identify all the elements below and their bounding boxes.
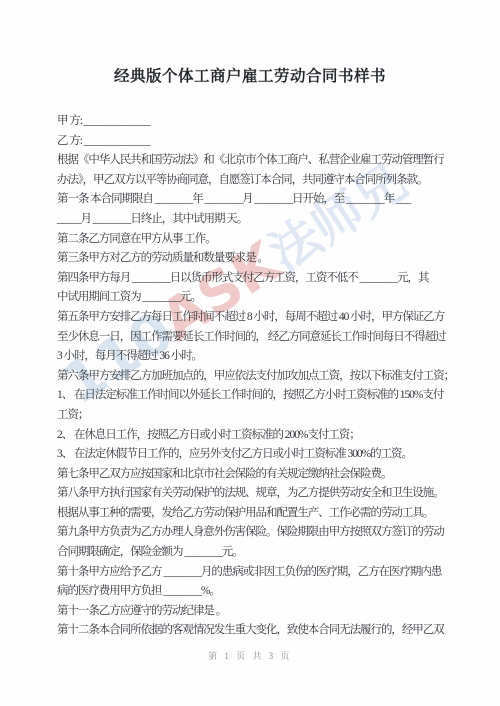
clause-1-line: 第一条 本合同期限自 ________年 ________月 ________日… [57, 190, 453, 210]
clause-2-line: 第二条乙方同意在甲方从事 工作。 [57, 230, 453, 250]
clause-6-item-2-line: 2、 在休息日工作，按照乙方日或小时工资标准的 200%支付工资； [57, 426, 453, 446]
clause-10-line: 第十条甲方应给予乙方 ________月的患病或非因工负伤的医疗期，乙方在医疗期… [57, 563, 453, 583]
page-number: 第 1 页 共 3 页 [0, 649, 500, 662]
clause-12-line: 第十二条本合同所依据的客观情况发生重大变化，致使本合同无法履行的，经甲乙双 [57, 621, 453, 641]
clause-10-line: 病的医疗费用甲方负担 ________%。 [57, 582, 453, 602]
clause-9-line: 合同期限确定，保险金额为 ________元。 [57, 543, 453, 563]
clause-4-line: 第四条甲方每月 ________日以货币形式支付乙方工资，工资不低不 _____… [57, 269, 453, 289]
clause-5-line: 3 小时，每月不得超过 36 小时。 [57, 347, 453, 367]
contract-body: 甲 方: ______________ 乙 方: ______________ … [57, 112, 453, 641]
clause-5-line: 至少休息一日，因工作需要延长工作时间的， 经乙方同意延长工作时间每日不得超过 [57, 328, 453, 348]
clause-5-line: 第五条甲方安排乙方每日工作时间不超过 8 小时，每周不超过 40 小时，甲方保证… [57, 308, 453, 328]
clause-8-line: 第八条甲方执行国家有关劳动保护的法规、规章，为乙方提供劳动安全和卫生设施。 [57, 484, 453, 504]
party-a-line: 甲 方: ______________ [57, 112, 453, 132]
clause-8-line: 根据从事工种的需要，发给乙方劳动保护用品和配置生产、工作必需的劳动工具。 [57, 504, 453, 524]
clause-6-item-1-line: 1、 在日法定标准工作时间以外延长工作时间的，按照乙方小时工资标准的 150%支… [57, 386, 453, 406]
clause-1-line: _____月 ________日终止，其中试用期 天。 [57, 210, 453, 230]
clause-11-line: 第十一条乙方应遵守的劳动纪律是 。 [57, 602, 453, 622]
clause-6-line: 第六条甲方安排乙方加班加点的，甲应依法支付加攻加点工资，按以下标准支付工资； [57, 367, 453, 387]
contract-document-page: 110ASK法师兄 经典版个体工商户雇工劳动合同书样书 甲 方: _______… [0, 0, 500, 706]
preamble-line: 根据《中华人民共和国劳动法》和《北京市个体工商户、私营企业雇工劳动管理暂行 [57, 151, 453, 171]
party-b-line: 乙 方: ______________ [57, 132, 453, 152]
clause-7-line: 第七条甲乙双方应按国家和北京市社会保险的有关规定缴纳社会保险费。 [57, 465, 453, 485]
clause-9-line: 第九条甲方负责为乙方办理人身意外伤害保险。保险期限由甲方按照双方签订的劳动 [57, 523, 453, 543]
clause-4-line: 中试用期间工资为 ________元。 [57, 288, 453, 308]
document-title: 经典版个体工商户雇工劳动合同书样书 [0, 64, 500, 86]
clause-3-line: 第三条甲方对乙方的劳动质量和数量要求是 。 [57, 249, 453, 269]
clause-6-item-1-line: 工资； [57, 406, 453, 426]
preamble-line: 办法》，甲乙双方以平等协商同意，自愿签订本合同，共同遵守本合同所列条款。 [57, 171, 453, 191]
clause-6-item-3-line: 3、 在法定休假节日工作的，应另外支付乙方日或小时工资标准 300%的工资。 [57, 445, 453, 465]
